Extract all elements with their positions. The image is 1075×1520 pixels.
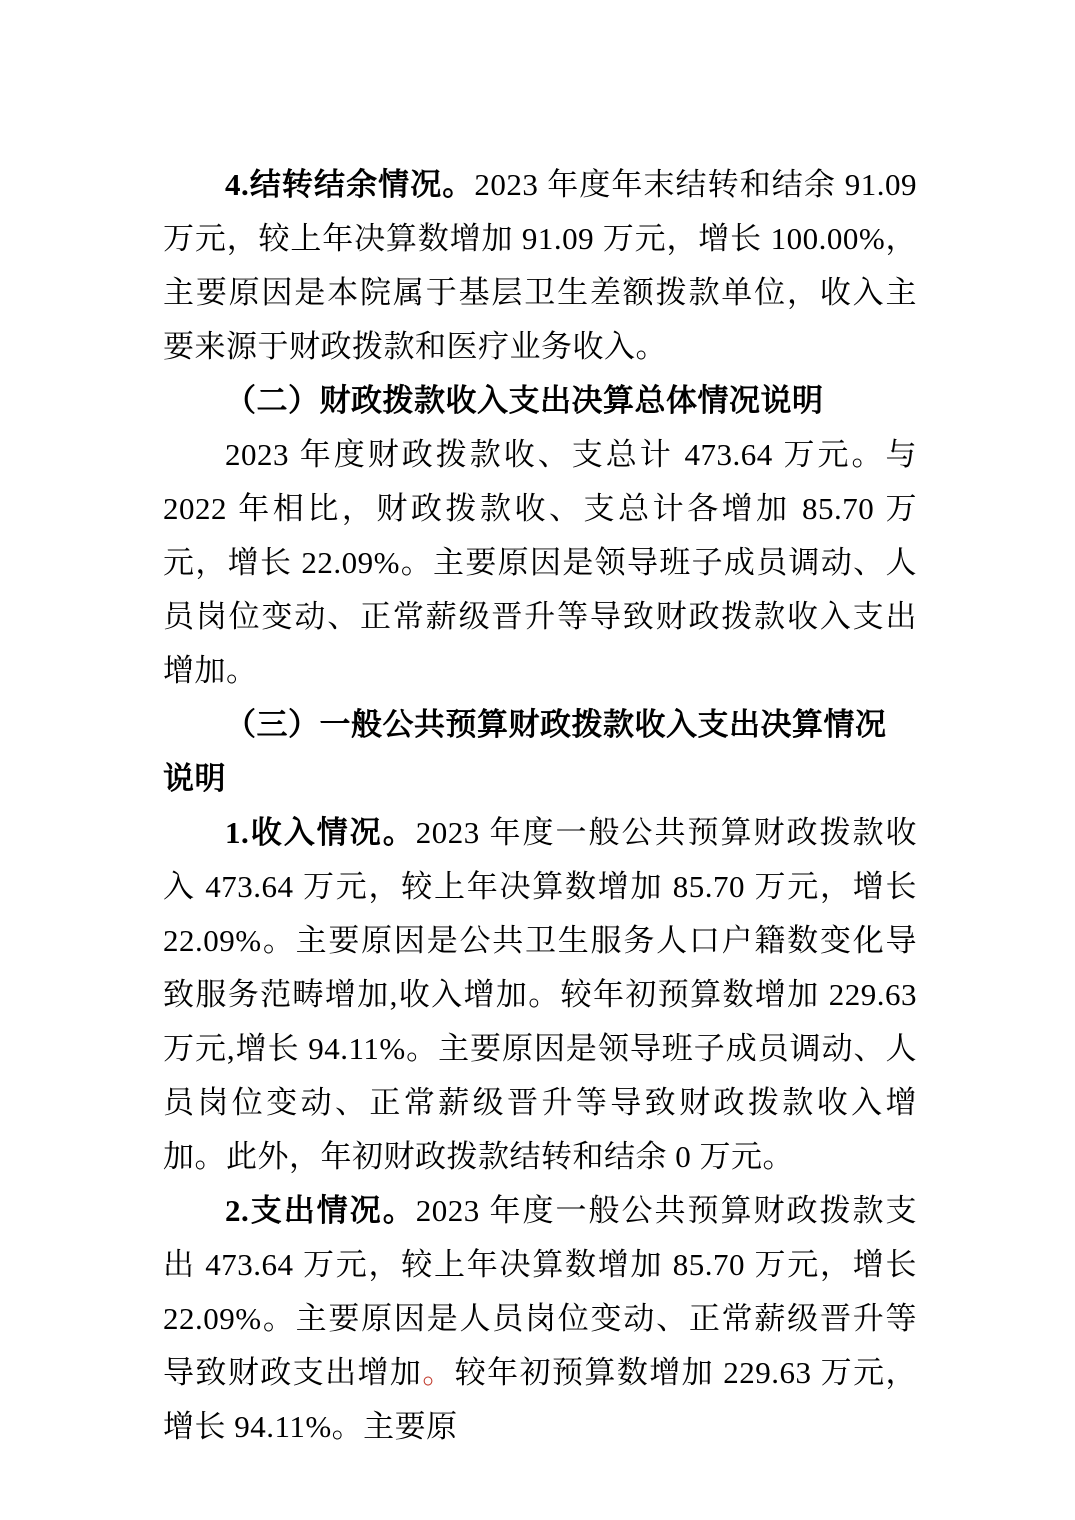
- red-period-mark: 。: [422, 1355, 454, 1390]
- document-page: 4.结转结余情况。2023 年度年末结转和结余 91.09 万元，较上年决算数增…: [0, 0, 1075, 1520]
- paragraph-carryover-lead: 4.结转结余情况。: [225, 167, 474, 202]
- paragraph-income-body: 2023 年度一般公共预算财政拨款收入 473.64 万元，较上年决算数增加 8…: [163, 815, 917, 1174]
- paragraph-income-situation: 1.收入情况。2023 年度一般公共预算财政拨款收入 473.64 万元，较上年…: [163, 806, 917, 1184]
- paragraph-income-lead: 1.收入情况。: [225, 815, 416, 850]
- paragraph-fiscal-appropriation-overview: 2023 年度财政拨款收、支总计 473.64 万元。与 2022 年相比，财政…: [163, 428, 917, 698]
- paragraph-expenditure-situation: 2.支出情况。2023 年度一般公共预算财政拨款支出 473.64 万元，较上年…: [163, 1184, 917, 1454]
- paragraph-expenditure-lead: 2.支出情况。: [225, 1193, 416, 1228]
- heading-section-3-general-public-budget: （三）一般公共预算财政拨款收入支出决算情况说明: [163, 698, 917, 806]
- paragraph-carryover-balance: 4.结转结余情况。2023 年度年末结转和结余 91.09 万元，较上年决算数增…: [163, 158, 917, 374]
- heading-section-2-fiscal-appropriation-overview: （二）财政拨款收入支出决算总体情况说明: [163, 374, 917, 428]
